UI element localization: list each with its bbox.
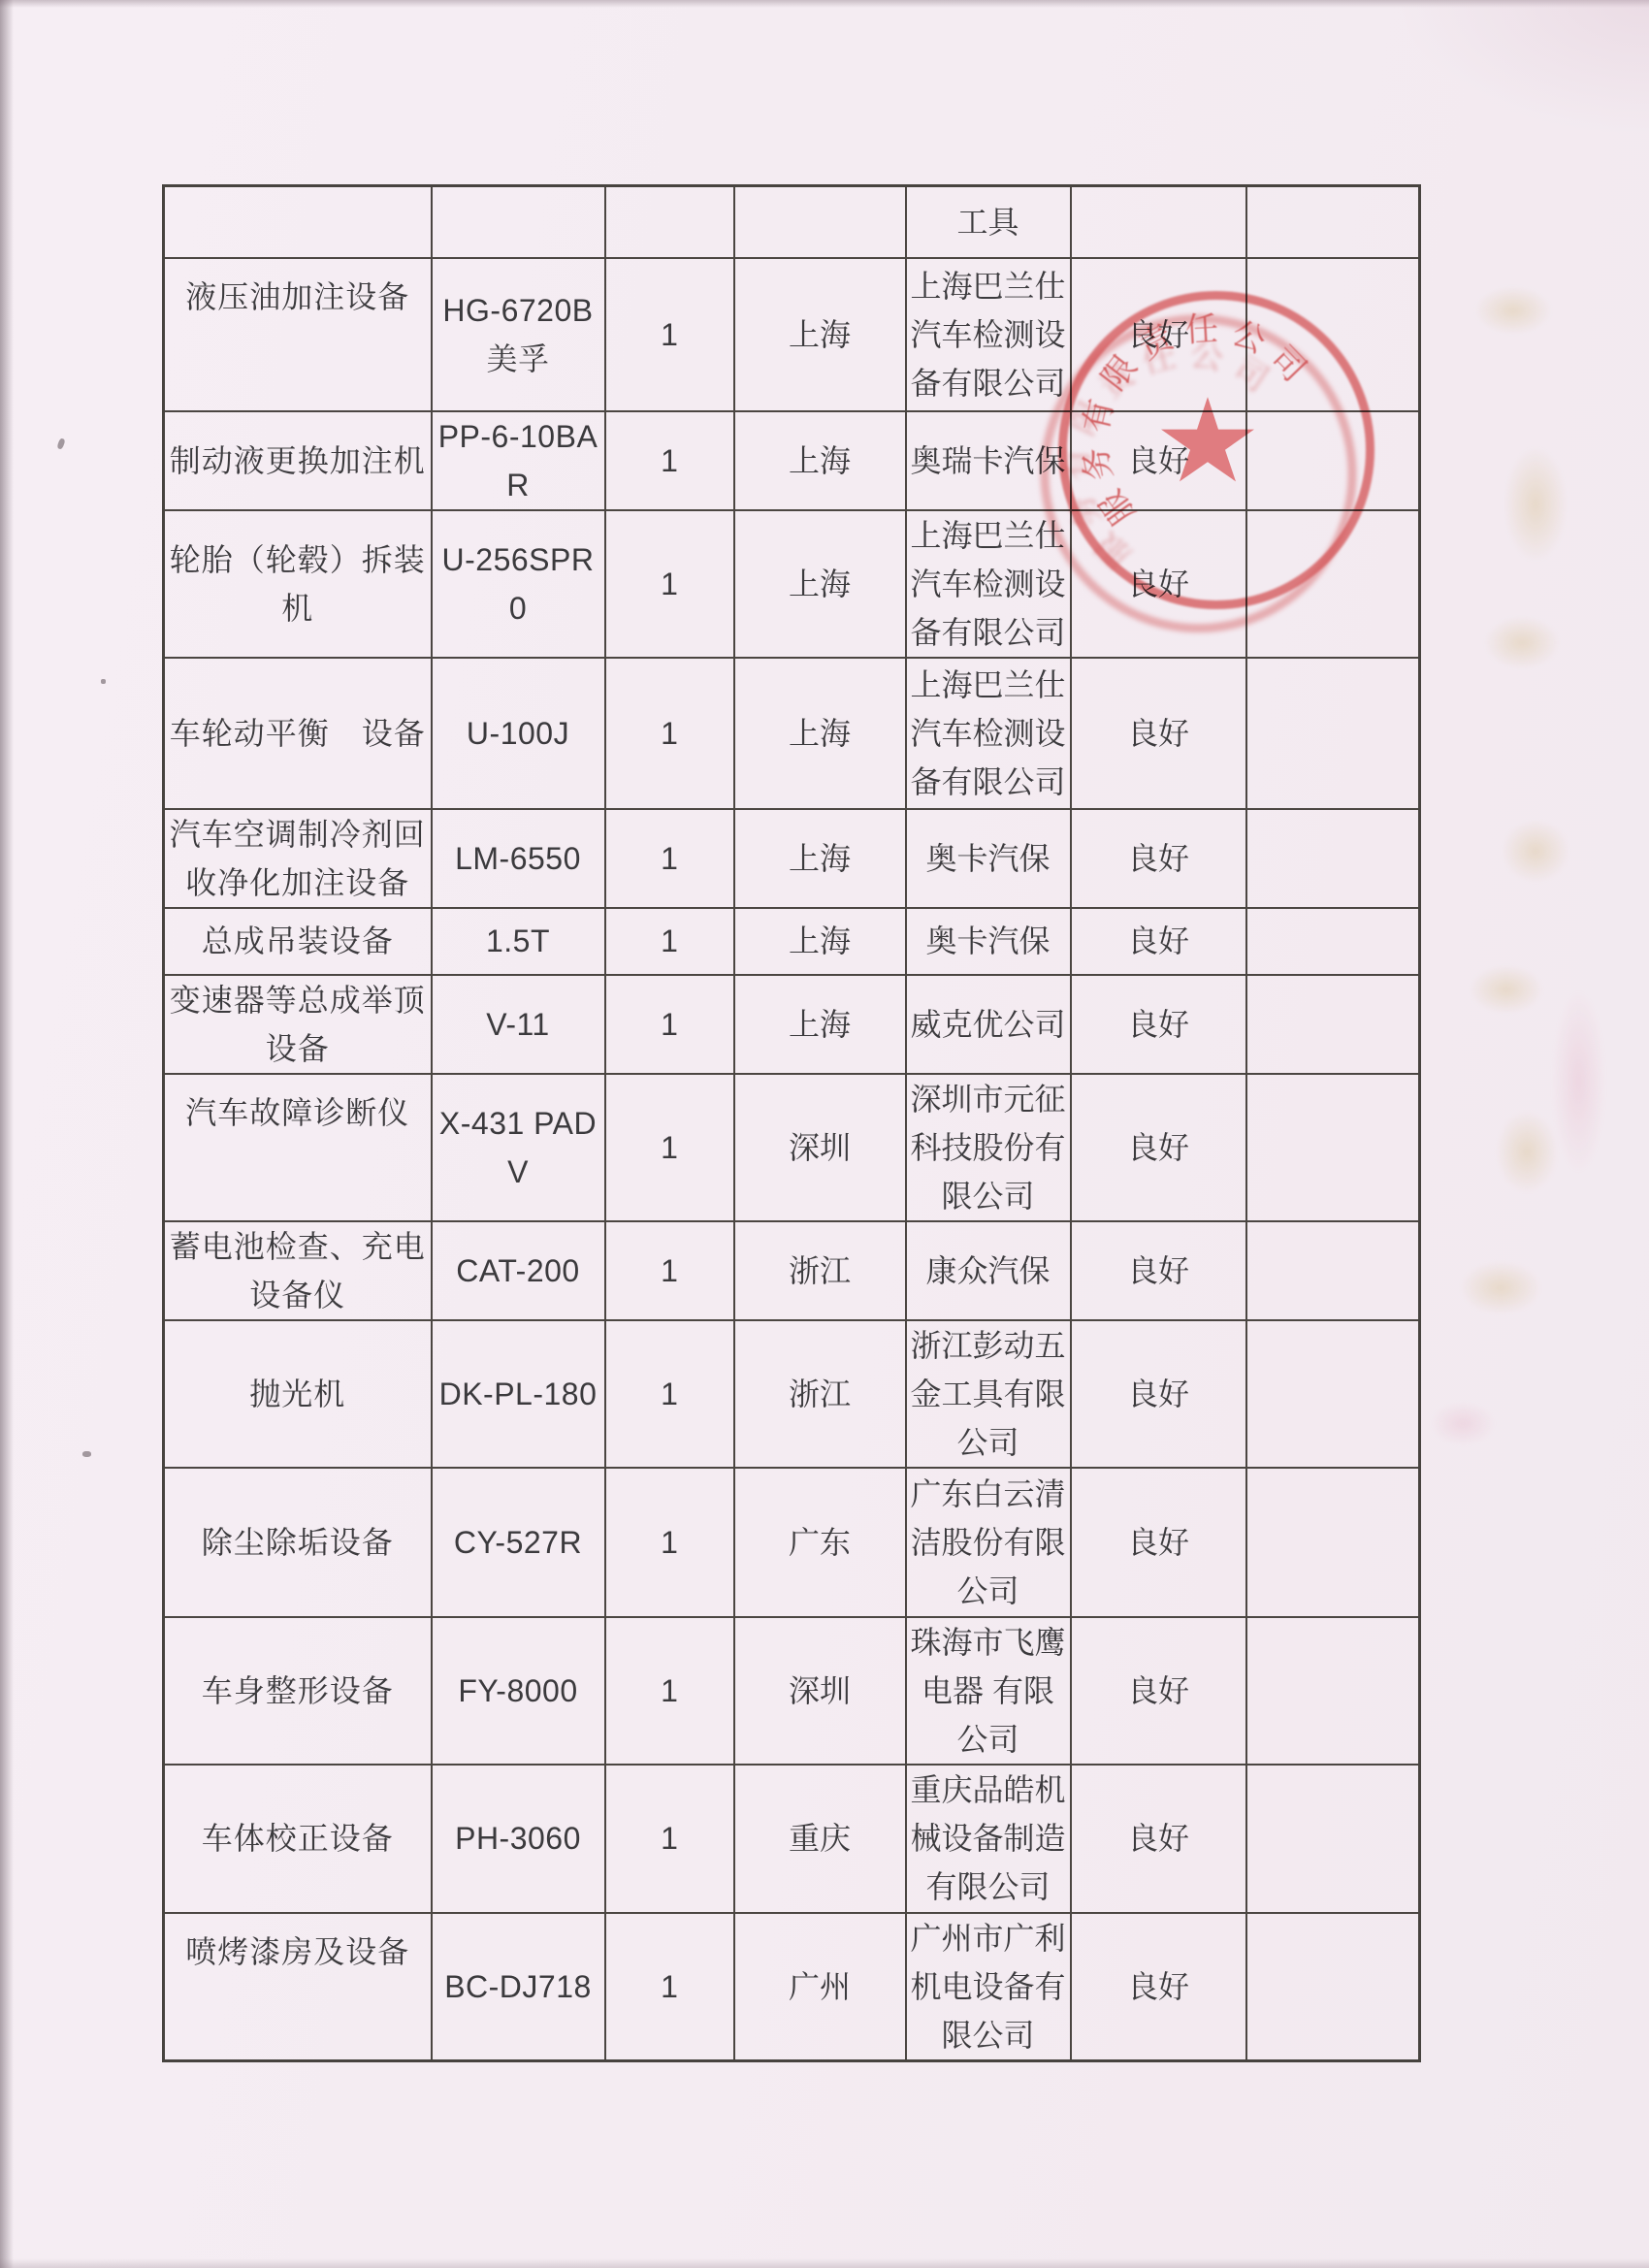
cell-origin bbox=[734, 186, 906, 258]
cell-model: 1.5T bbox=[432, 908, 605, 975]
cell-maker: 上海巴兰仕 汽车检测设 备有限公司 bbox=[906, 510, 1071, 658]
cell-maker: 奥瑞卡汽保 bbox=[906, 411, 1071, 510]
table-row: 蓄电池检查、充电 设备仪CAT-2001浙江康众汽保良好 bbox=[164, 1221, 1420, 1320]
equipment-table: 工具液压油加注设备HG-6720B 美孚1上海上海巴兰仕 汽车检测设 备有限公司… bbox=[162, 184, 1421, 2062]
paper-smudge bbox=[1484, 616, 1560, 669]
cell-maker: 珠海市飞鹰 电器 有限 公司 bbox=[906, 1617, 1071, 1765]
cell-condition: 良好 bbox=[1071, 1221, 1246, 1320]
scan-speck bbox=[82, 1451, 91, 1457]
cell-model: CAT-200 bbox=[432, 1221, 605, 1320]
cell-extra bbox=[1246, 1617, 1420, 1765]
cell-name: 轮胎（轮毂）拆装 机 bbox=[164, 510, 432, 658]
cell-condition: 良好 bbox=[1071, 1468, 1246, 1617]
cell-origin: 广州 bbox=[734, 1913, 906, 2061]
cell-model: PH-3060 bbox=[432, 1765, 605, 1913]
cell-qty bbox=[605, 186, 734, 258]
cell-maker: 上海巴兰仕 汽车检测设 备有限公司 bbox=[906, 258, 1071, 411]
cell-model: FY-8000 bbox=[432, 1617, 605, 1765]
cell-name: 车身整形设备 bbox=[164, 1617, 432, 1765]
table-row-continuation: 工具 bbox=[164, 186, 1420, 258]
cell-qty: 1 bbox=[605, 1765, 734, 1913]
cell-model: V-11 bbox=[432, 975, 605, 1074]
table-row: 液压油加注设备HG-6720B 美孚1上海上海巴兰仕 汽车检测设 备有限公司良好 bbox=[164, 258, 1420, 411]
cell-condition bbox=[1071, 186, 1246, 258]
scan-edge-bottom bbox=[0, 2258, 1649, 2268]
cell-name: 蓄电池检查、充电 设备仪 bbox=[164, 1221, 432, 1320]
cell-origin: 浙江 bbox=[734, 1221, 906, 1320]
scan-corner-shadow bbox=[1397, 0, 1649, 136]
cell-qty: 1 bbox=[605, 1913, 734, 2061]
cell-extra bbox=[1246, 1320, 1420, 1468]
cell-extra bbox=[1246, 186, 1420, 258]
cell-condition: 良好 bbox=[1071, 658, 1246, 809]
cell-model: CY-527R bbox=[432, 1468, 605, 1617]
paper-smudge bbox=[1470, 965, 1543, 1014]
table-row: 车身整形设备FY-80001深圳珠海市飞鹰 电器 有限 公司良好 bbox=[164, 1617, 1420, 1765]
paper-smudge bbox=[1431, 1402, 1495, 1445]
cell-origin: 上海 bbox=[734, 809, 906, 908]
cell-extra bbox=[1246, 975, 1420, 1074]
cell-extra bbox=[1246, 411, 1420, 510]
scan-speck bbox=[101, 679, 106, 684]
table-row: 汽车故障诊断仪X-431 PAD V1深圳深圳市元征 科技股份有 限公司良好 bbox=[164, 1074, 1420, 1221]
cell-model: U-100J bbox=[432, 658, 605, 809]
cell-name: 汽车空调制冷剂回 收净化加注设备 bbox=[164, 809, 432, 908]
cell-condition: 良好 bbox=[1071, 1617, 1246, 1765]
cell-extra bbox=[1246, 1221, 1420, 1320]
cell-extra bbox=[1246, 908, 1420, 975]
cell-condition: 良好 bbox=[1071, 1074, 1246, 1221]
cell-extra bbox=[1246, 258, 1420, 411]
cell-extra bbox=[1246, 1468, 1420, 1617]
cell-maker: 深圳市元征 科技股份有 限公司 bbox=[906, 1074, 1071, 1221]
table-row: 变速器等总成举顶 设备V-111上海威克优公司良好 bbox=[164, 975, 1420, 1074]
cell-maker: 康众汽保 bbox=[906, 1221, 1071, 1320]
cell-name bbox=[164, 186, 432, 258]
paper-smudge bbox=[1552, 989, 1605, 1174]
cell-name: 车体校正设备 bbox=[164, 1765, 432, 1913]
cell-origin: 上海 bbox=[734, 258, 906, 411]
cell-qty: 1 bbox=[605, 258, 734, 411]
cell-model: U-256SPR 0 bbox=[432, 510, 605, 658]
table-row: 喷烤漆房及设备BC-DJ7181广州广州市广利 机电设备有 限公司良好 bbox=[164, 1913, 1420, 2061]
cell-name: 车轮动平衡 设备 bbox=[164, 658, 432, 809]
cell-qty: 1 bbox=[605, 658, 734, 809]
table-row: 汽车空调制冷剂回 收净化加注设备LM-65501上海奥卡汽保良好 bbox=[164, 809, 1420, 908]
table-row: 车体校正设备PH-30601重庆重庆品皓机 械设备制造 有限公司良好 bbox=[164, 1765, 1420, 1913]
cell-origin: 上海 bbox=[734, 658, 906, 809]
table-row: 总成吊装设备1.5T1上海奥卡汽保良好 bbox=[164, 908, 1420, 975]
cell-extra bbox=[1246, 1913, 1420, 2061]
scanned-page: 工具液压油加注设备HG-6720B 美孚1上海上海巴兰仕 汽车检测设 备有限公司… bbox=[0, 0, 1649, 2268]
cell-maker: 浙江彭动五 金工具有限 公司 bbox=[906, 1320, 1071, 1468]
cell-model: PP-6-10BA R bbox=[432, 411, 605, 510]
cell-condition: 良好 bbox=[1071, 258, 1246, 411]
cell-name: 液压油加注设备 bbox=[164, 258, 432, 411]
cell-origin: 深圳 bbox=[734, 1074, 906, 1221]
paper-smudge bbox=[1474, 286, 1552, 335]
cell-condition: 良好 bbox=[1071, 510, 1246, 658]
cell-origin: 重庆 bbox=[734, 1765, 906, 1913]
cell-maker: 广州市广利 机电设备有 限公司 bbox=[906, 1913, 1071, 2061]
cell-name: 抛光机 bbox=[164, 1320, 432, 1468]
cell-maker: 重庆品皓机 械设备制造 有限公司 bbox=[906, 1765, 1071, 1913]
equipment-table-body: 工具液压油加注设备HG-6720B 美孚1上海上海巴兰仕 汽车检测设 备有限公司… bbox=[164, 186, 1420, 2061]
cell-maker: 上海巴兰仕 汽车检测设 备有限公司 bbox=[906, 658, 1071, 809]
cell-model: X-431 PAD V bbox=[432, 1074, 605, 1221]
cell-qty: 1 bbox=[605, 908, 734, 975]
cell-qty: 1 bbox=[605, 809, 734, 908]
cell-origin: 浙江 bbox=[734, 1320, 906, 1468]
cell-condition: 良好 bbox=[1071, 908, 1246, 975]
cell-qty: 1 bbox=[605, 1221, 734, 1320]
cell-origin: 上海 bbox=[734, 908, 906, 975]
cell-qty: 1 bbox=[605, 1617, 734, 1765]
cell-origin: 广东 bbox=[734, 1468, 906, 1617]
cell-name: 总成吊装设备 bbox=[164, 908, 432, 975]
cell-qty: 1 bbox=[605, 1320, 734, 1468]
cell-maker: 奥卡汽保 bbox=[906, 908, 1071, 975]
table-row: 除尘除垢设备CY-527R1广东广东白云清 洁股份有限 公司良好 bbox=[164, 1468, 1420, 1617]
cell-qty: 1 bbox=[605, 411, 734, 510]
cell-origin: 上海 bbox=[734, 510, 906, 658]
cell-name: 制动液更换加注机 bbox=[164, 411, 432, 510]
cell-maker: 广东白云清 洁股份有限 公司 bbox=[906, 1468, 1071, 1617]
cell-condition: 良好 bbox=[1071, 809, 1246, 908]
cell-qty: 1 bbox=[605, 1468, 734, 1617]
cell-qty: 1 bbox=[605, 1074, 734, 1221]
cell-maker: 威克优公司 bbox=[906, 975, 1071, 1074]
paper-smudge bbox=[1496, 1111, 1558, 1193]
cell-condition: 良好 bbox=[1071, 975, 1246, 1074]
cell-condition: 良好 bbox=[1071, 1765, 1246, 1913]
cell-extra bbox=[1246, 809, 1420, 908]
cell-name: 除尘除垢设备 bbox=[164, 1468, 432, 1617]
cell-qty: 1 bbox=[605, 510, 734, 658]
cell-condition: 良好 bbox=[1071, 1320, 1246, 1468]
table-row: 轮胎（轮毂）拆装 机U-256SPR 01上海上海巴兰仕 汽车检测设 备有限公司… bbox=[164, 510, 1420, 658]
table-row: 车轮动平衡 设备U-100J1上海上海巴兰仕 汽车检测设 备有限公司良好 bbox=[164, 658, 1420, 809]
cell-qty: 1 bbox=[605, 975, 734, 1074]
cell-condition: 良好 bbox=[1071, 1913, 1246, 2061]
cell-model: HG-6720B 美孚 bbox=[432, 258, 605, 411]
cell-condition: 良好 bbox=[1071, 411, 1246, 510]
table-row: 抛光机DK-PL-1801浙江浙江彭动五 金工具有限 公司良好 bbox=[164, 1320, 1420, 1468]
cell-extra bbox=[1246, 510, 1420, 658]
cell-model: BC-DJ718 bbox=[432, 1913, 605, 2061]
cell-name: 喷烤漆房及设备 bbox=[164, 1913, 432, 2061]
paper-smudge bbox=[1460, 1261, 1541, 1314]
scan-speck bbox=[56, 437, 65, 449]
cell-extra bbox=[1246, 658, 1420, 809]
paper-smudge bbox=[1502, 820, 1569, 883]
paper-smudge bbox=[1503, 446, 1568, 563]
cell-model bbox=[432, 186, 605, 258]
cell-extra bbox=[1246, 1074, 1420, 1221]
cell-extra bbox=[1246, 1765, 1420, 1913]
cell-model: DK-PL-180 bbox=[432, 1320, 605, 1468]
cell-maker: 奥卡汽保 bbox=[906, 809, 1071, 908]
cell-name: 汽车故障诊断仪 bbox=[164, 1074, 432, 1221]
cell-model: LM-6550 bbox=[432, 809, 605, 908]
cell-maker: 工具 bbox=[906, 186, 1071, 258]
table-row: 制动液更换加注机PP-6-10BA R1上海奥瑞卡汽保良好 bbox=[164, 411, 1420, 510]
cell-origin: 深圳 bbox=[734, 1617, 906, 1765]
cell-origin: 上海 bbox=[734, 975, 906, 1074]
scan-edge-left bbox=[0, 0, 14, 2268]
cell-name: 变速器等总成举顶 设备 bbox=[164, 975, 432, 1074]
cell-origin: 上海 bbox=[734, 411, 906, 510]
